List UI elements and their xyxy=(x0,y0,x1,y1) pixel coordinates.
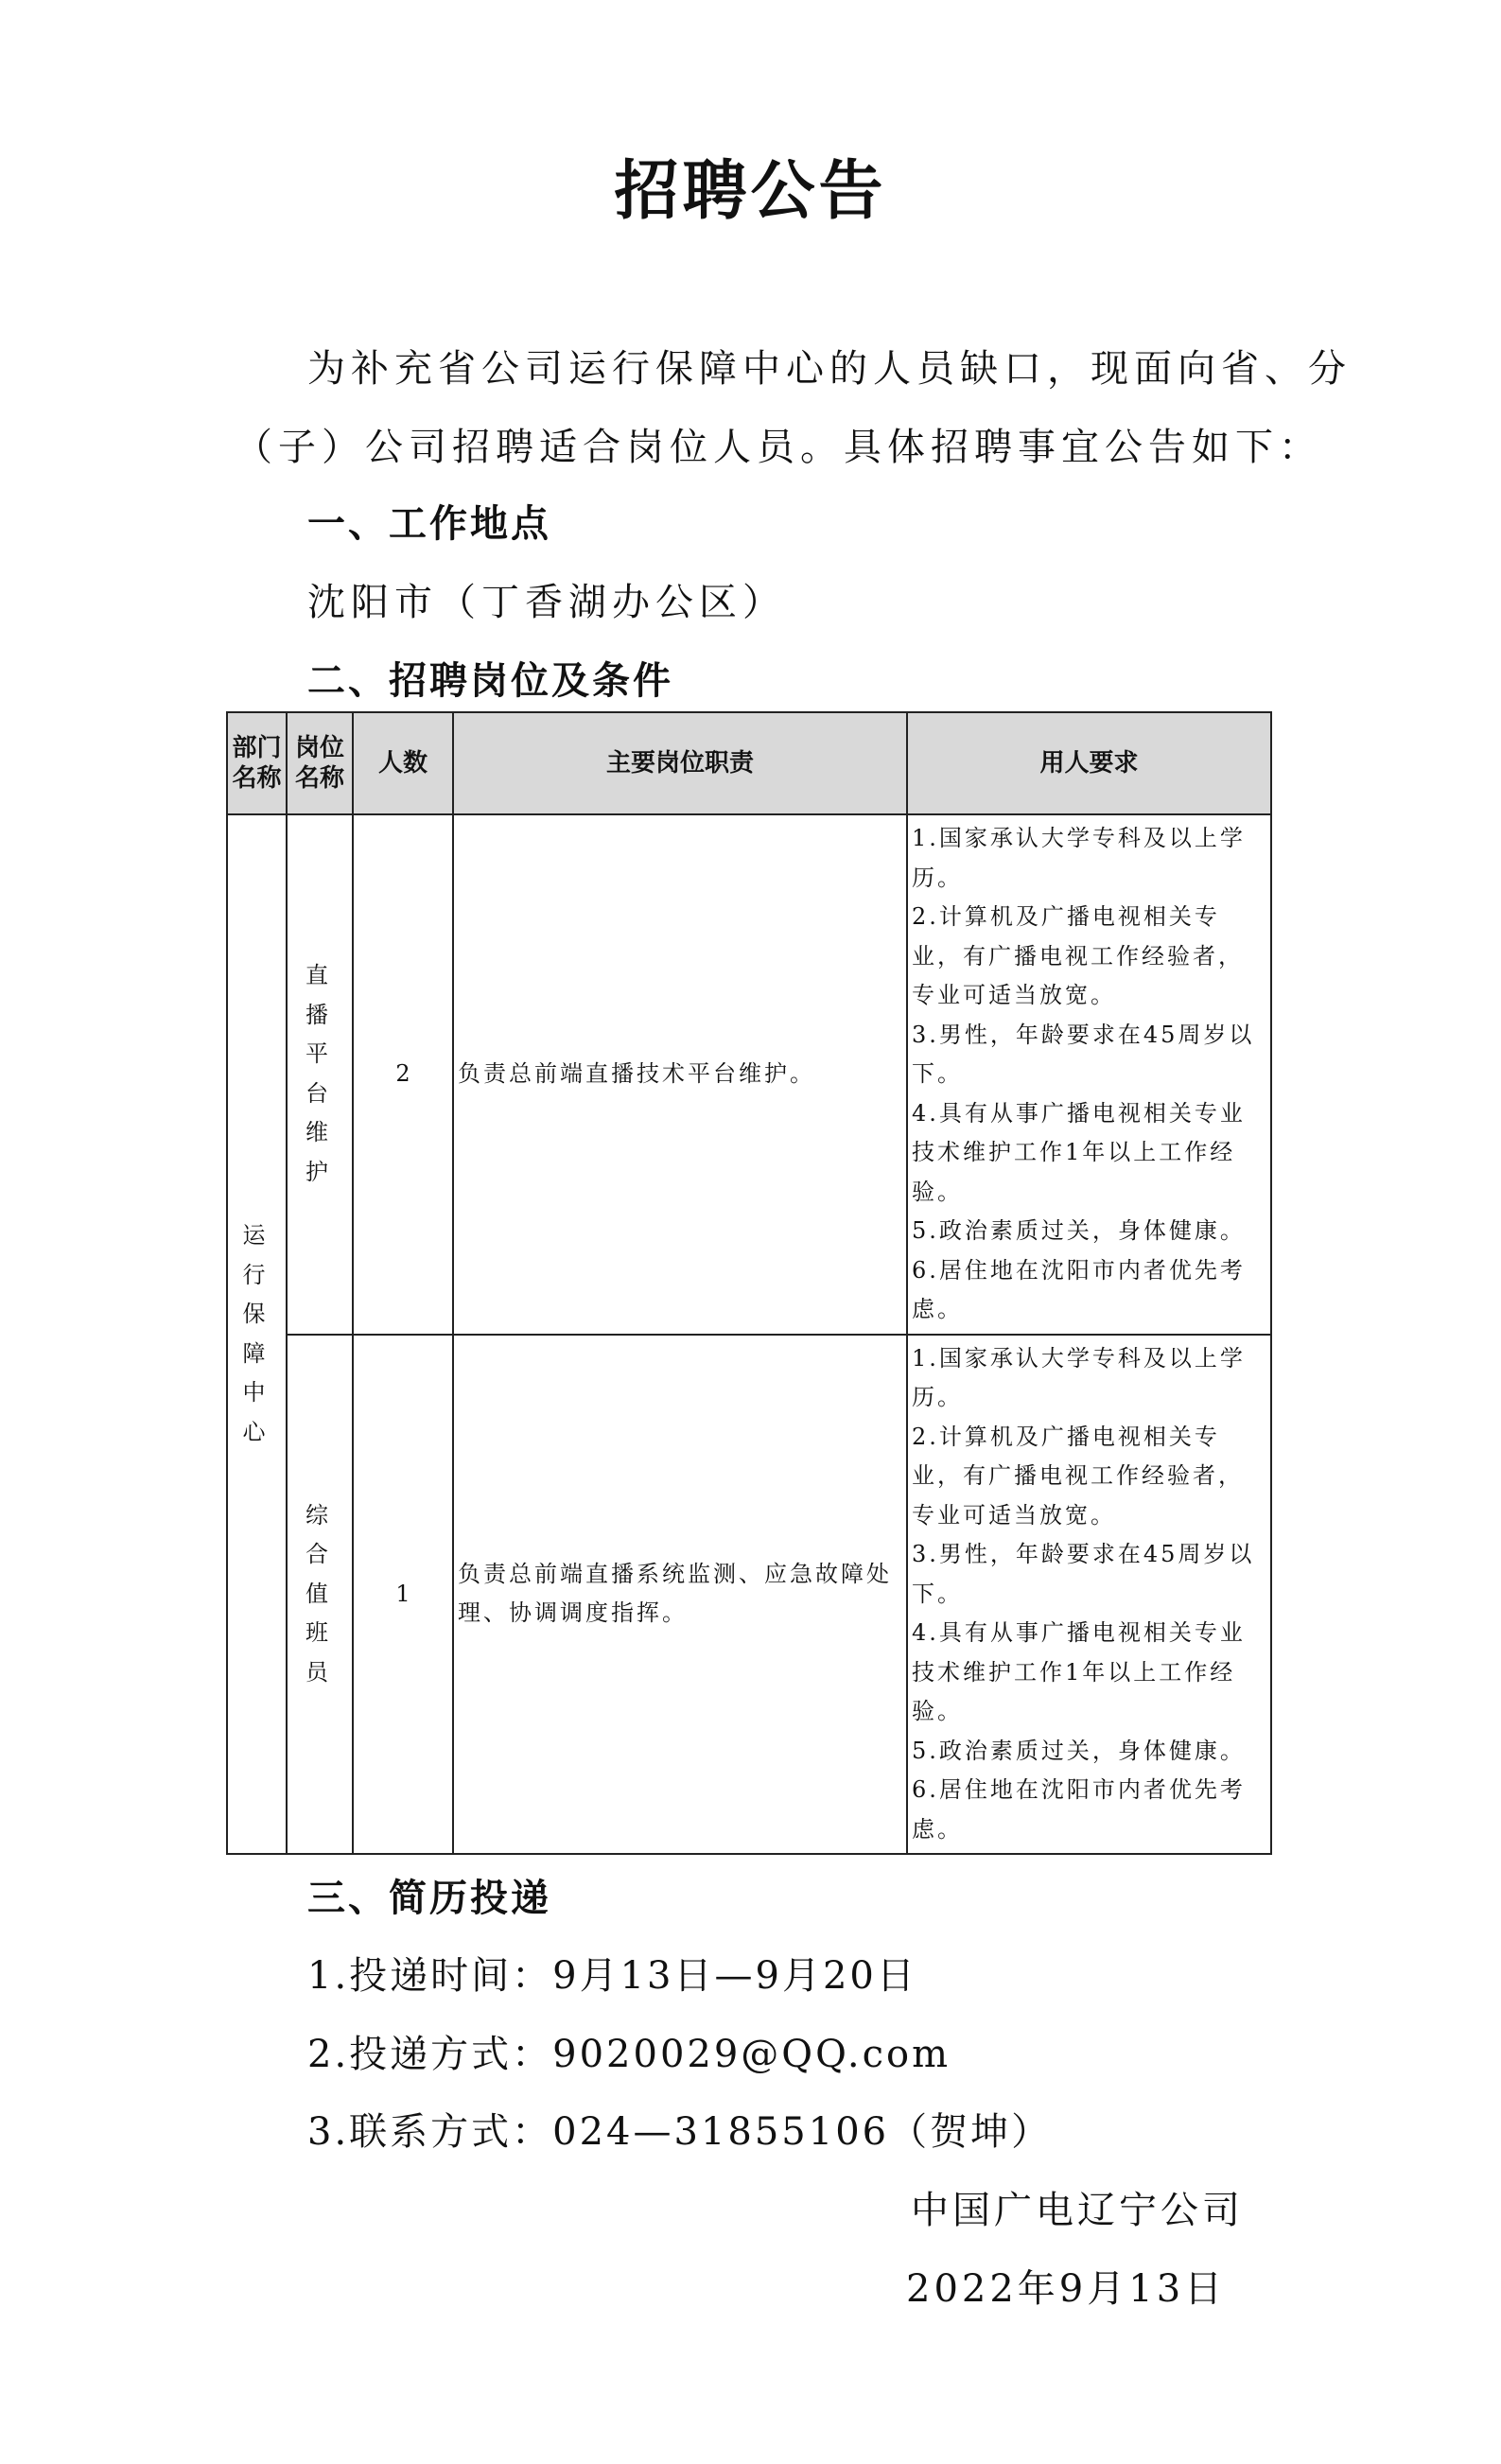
submission-time: 1.投递时间：9月13日—9月20日 xyxy=(307,1946,917,2000)
positions-table: 部门名称 岗位名称 人数 主要岗位职责 用人要求 运行保障中心 直播平台维护 2… xyxy=(226,711,1272,1855)
table-header-row: 部门名称 岗位名称 人数 主要岗位职责 用人要求 xyxy=(227,712,1271,814)
page-title: 招聘公告 xyxy=(0,140,1501,232)
requirement-item: 1.国家承认大学专科及以上学历。 xyxy=(912,819,1268,898)
work-location: 沈阳市（丁香湖办公区） xyxy=(307,572,786,626)
intro-line-1: 为补充省公司运行保障中心的人员缺口，现面向省、分 xyxy=(307,339,1352,393)
header-count: 人数 xyxy=(353,712,453,814)
requirement-item: 2.计算机及广播电视相关专业，有广播电视工作经验者，专业可适当放宽。 xyxy=(912,1418,1268,1536)
requirement-item: 4.具有从事广播电视相关专业技术维护工作1年以上工作经验。 xyxy=(912,1614,1268,1732)
requirement-item: 4.具有从事广播电视相关专业技术维护工作1年以上工作经验。 xyxy=(912,1094,1268,1213)
header-position: 岗位名称 xyxy=(287,712,353,814)
requirement-item: 3.男性，年龄要求在45周岁以下。 xyxy=(912,1535,1268,1614)
section-2-heading: 二、招聘岗位及条件 xyxy=(307,651,673,705)
requirements-cell: 1.国家承认大学专科及以上学历。 2.计算机及广播电视相关专业，有广播电视工作经… xyxy=(907,814,1271,1335)
signature-date: 2022年9月13日 xyxy=(906,2259,1226,2313)
table-row: 运行保障中心 直播平台维护 2 负责总前端直播技术平台维护。 1.国家承认大学专… xyxy=(227,814,1271,1335)
header-requirements: 用人要求 xyxy=(907,712,1271,814)
requirements-cell: 1.国家承认大学专科及以上学历。 2.计算机及广播电视相关专业，有广播电视工作经… xyxy=(907,1335,1271,1855)
position-cell: 综合值班员 xyxy=(287,1335,353,1855)
header-duty: 主要岗位职责 xyxy=(453,712,907,814)
requirement-item: 1.国家承认大学专科及以上学历。 xyxy=(912,1339,1268,1418)
requirement-item: 5.政治素质过关，身体健康。 xyxy=(912,1732,1268,1772)
intro-line-2: （子）公司招聘适合岗位人员。具体招聘事宜公告如下： xyxy=(235,417,1322,471)
section-3-heading: 三、简历投递 xyxy=(307,1868,551,1922)
position-cell: 直播平台维护 xyxy=(287,814,353,1335)
count-cell: 1 xyxy=(353,1335,453,1855)
requirement-item: 6.居住地在沈阳市内者优先考虑。 xyxy=(912,1771,1268,1849)
submission-email[interactable]: 2.投递方式：9020029@QQ.com xyxy=(307,2024,951,2078)
department-cell: 运行保障中心 xyxy=(227,814,287,1854)
contact-phone: 3.联系方式：024—31855106（贺坤） xyxy=(307,2102,1052,2156)
count-cell: 2 xyxy=(353,814,453,1335)
table-row: 综合值班员 1 负责总前端直播系统监测、应急故障处理、协调调度指挥。 1.国家承… xyxy=(227,1335,1271,1855)
requirement-item: 6.居住地在沈阳市内者优先考虑。 xyxy=(912,1251,1268,1330)
duty-cell: 负责总前端直播系统监测、应急故障处理、协调调度指挥。 xyxy=(453,1335,907,1855)
duty-cell: 负责总前端直播技术平台维护。 xyxy=(453,814,907,1335)
requirement-item: 2.计算机及广播电视相关专业，有广播电视工作经验者，专业可适当放宽。 xyxy=(912,898,1268,1016)
signature-org: 中国广电辽宁公司 xyxy=(911,2180,1244,2234)
section-1-heading: 一、工作地点 xyxy=(307,494,551,548)
header-department: 部门名称 xyxy=(227,712,287,814)
requirement-item: 5.政治素质过关，身体健康。 xyxy=(912,1212,1268,1251)
requirement-item: 3.男性，年龄要求在45周岁以下。 xyxy=(912,1016,1268,1094)
